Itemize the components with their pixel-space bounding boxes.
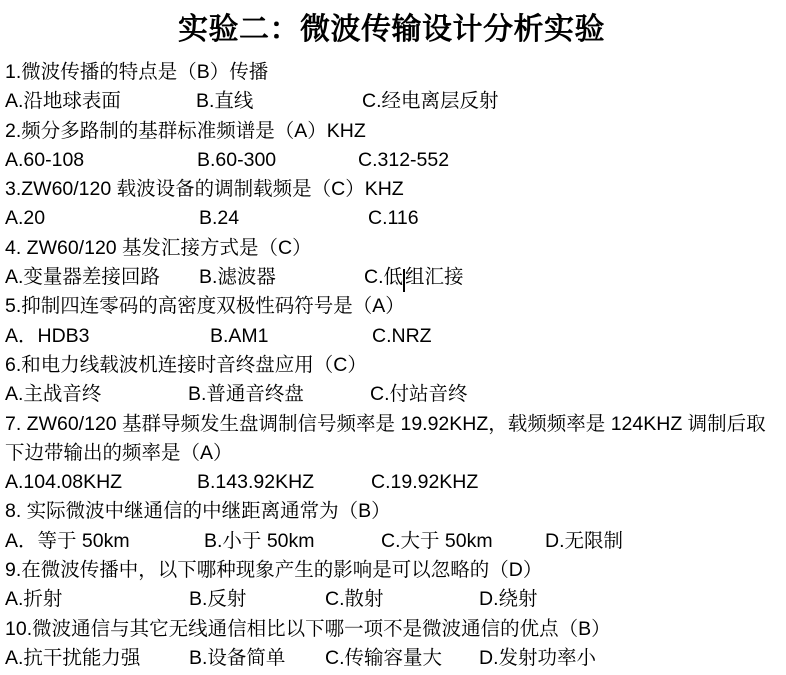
option-c: C.散射 — [325, 585, 479, 614]
document-page[interactable]: 实验二：微波传输设计分析实验 1.微波传播的特点是（B）传播 A.沿地球表面B.… — [0, 0, 786, 675]
option-b: B.24 — [199, 204, 368, 233]
option-a: A.104.08KHZ — [5, 468, 197, 497]
question-7-text: 7. ZW60/120 基群导频发生盘调制信号频率是 19.92KHZ，载频频率… — [5, 410, 778, 469]
option-c: C.312-552 — [358, 146, 449, 175]
question-2-options: A.60-108B.60-300C.312-552 — [5, 146, 778, 175]
question-5-text: 5.抑制四连零码的高密度双极性码符号是（A） — [5, 292, 778, 321]
question-3-text: 3.ZW60/120 载波设备的调制载频是（C）KHZ — [5, 175, 778, 204]
question-8-options: A．等于 50kmB.小于 50kmC.大于 50kmD.无限制 — [5, 527, 778, 556]
question-3-options: A.20B.24C.116 — [5, 204, 778, 233]
option-c: C.低组汇接 — [364, 263, 464, 292]
option-d: D.发射功率小 — [479, 644, 596, 673]
option-a: A.主战音终 — [5, 380, 188, 409]
option-b: B.AM1 — [210, 322, 372, 351]
option-a: A.抗干扰能力强 — [5, 644, 189, 673]
question-9-text: 9.在微波传播中，以下哪种现象产生的影响是可以忽略的（D） — [5, 556, 778, 585]
option-a: A．等于 50km — [5, 527, 204, 556]
option-a: A.沿地球表面 — [5, 87, 196, 116]
question-10-text: 10.微波通信与其它无线通信相比以下哪一项不是微波通信的优点（B） — [5, 615, 778, 644]
option-c-before-cursor: C.低 — [364, 266, 403, 288]
option-b: B.143.92KHZ — [197, 468, 371, 497]
question-9-options: A.折射B.反射C.散射D.绕射 — [5, 585, 778, 614]
question-7-options: A.104.08KHZB.143.92KHZC.19.92KHZ — [5, 468, 778, 497]
option-c: C.经电离层反射 — [362, 87, 499, 116]
question-6-text: 6.和电力线载波机连接时音终盘应用（C） — [5, 351, 778, 380]
option-a: A.20 — [5, 204, 199, 233]
option-c: C.19.92KHZ — [371, 468, 478, 497]
option-c: C.传输容量大 — [325, 644, 479, 673]
question-1-options: A.沿地球表面B.直线C.经电离层反射 — [5, 87, 778, 116]
option-c: C.116 — [368, 204, 419, 233]
option-a: A.折射 — [5, 585, 189, 614]
option-b: B.小于 50km — [204, 527, 381, 556]
question-1-text: 1.微波传播的特点是（B）传播 — [5, 58, 778, 87]
option-c: C.大于 50km — [381, 527, 545, 556]
option-b: B.直线 — [196, 87, 362, 116]
question-6-options: A.主战音终B.普通音终盘C.付站音终 — [5, 380, 778, 409]
option-b: B.普通音终盘 — [188, 380, 370, 409]
option-b: B.设备简单 — [189, 644, 325, 673]
option-d: D.绕射 — [479, 585, 538, 614]
question-2-text: 2.频分多路制的基群标准频谱是（A）KHZ — [5, 117, 778, 146]
option-d: D.无限制 — [545, 527, 623, 556]
option-b: B.滤波器 — [199, 263, 364, 292]
question-10-options: A.抗干扰能力强B.设备简单C.传输容量大D.发射功率小 — [5, 644, 778, 673]
option-b: B.60-300 — [197, 146, 358, 175]
option-c: C.付站音终 — [370, 380, 468, 409]
option-a: A.变量器差接回路 — [5, 263, 199, 292]
option-a: A．HDB3 — [5, 322, 210, 351]
question-8-text: 8. 实际微波中继通信的中继距离通常为（B） — [5, 497, 778, 526]
question-5-options: A．HDB3B.AM1C.NRZ — [5, 322, 778, 351]
document-title: 实验二：微波传输设计分析实验 — [5, 0, 778, 52]
option-c-after-cursor: 组汇接 — [405, 266, 464, 288]
option-c: C.NRZ — [372, 322, 432, 351]
question-4-text: 4. ZW60/120 基发汇接方式是（C） — [5, 234, 778, 263]
option-b: B.反射 — [189, 585, 325, 614]
question-4-options: A.变量器差接回路B.滤波器C.低组汇接 — [5, 263, 778, 292]
option-a: A.60-108 — [5, 146, 197, 175]
